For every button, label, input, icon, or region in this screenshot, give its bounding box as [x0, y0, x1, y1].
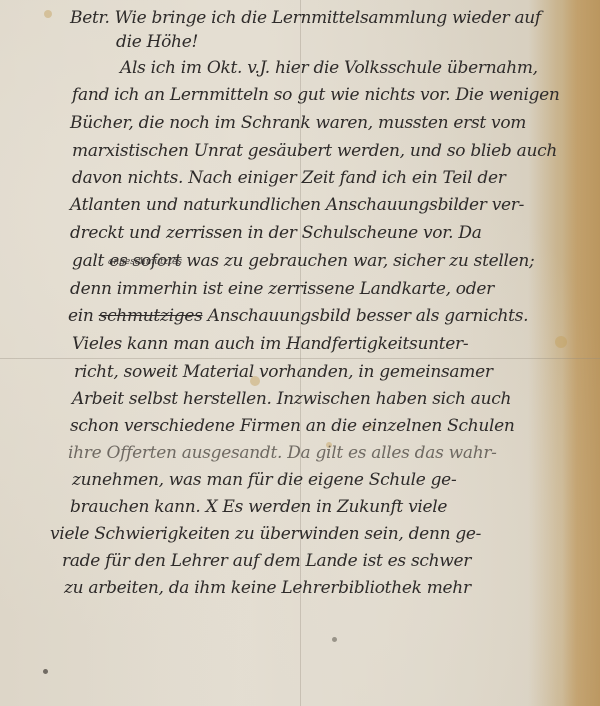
- paper-spot: [332, 637, 337, 642]
- handwriting-line-17: ihre Offerten ausgesandt. Da gilt es all…: [68, 443, 497, 463]
- handwriting-line-8: Atlanten und naturkundlichen Anschauungs…: [70, 195, 524, 215]
- handwriting-line-5: Bücher, die noch im Schrank waren, musst…: [70, 113, 526, 133]
- handwriting-line-14: richt, soweit Material vorhanden, in gem…: [74, 362, 493, 382]
- handwriting-line-16: schon verschiedene Firmen an die einzeln…: [70, 416, 515, 436]
- handwriting-line-2: die Höhe!: [116, 32, 198, 52]
- handwriting-line-19: brauchen kann. X Es werden in Zukunft vi…: [70, 497, 447, 517]
- handwriting-line-20: viele Schwierigkeiten zu überwinden sein…: [50, 524, 481, 544]
- handwriting-line-11: denn immerhin ist eine zerrissene Landka…: [70, 279, 494, 299]
- paper-spot: [43, 669, 48, 674]
- inserted-word: angeschmutztes: [108, 257, 182, 267]
- handwriting-line-4: fand ich an Lernmitteln so gut wie nicht…: [72, 85, 560, 105]
- paper-stain: [44, 10, 52, 18]
- handwriting-line-13: Vieles kann man auch im Handfertigkeitsu…: [72, 334, 468, 354]
- handwriting-line-12: ein schmutziges Anschauungsbild besser a…: [68, 306, 528, 326]
- handwriting-line-3: Als ich im Okt. v.J. hier die Volksschul…: [120, 58, 538, 78]
- document-page: Betr. Wie bringe ich die Lernmittelsamml…: [0, 0, 600, 706]
- struck-word: schmutziges: [99, 306, 203, 326]
- paper-edge-stain: [562, 0, 600, 706]
- paper-stain: [555, 336, 567, 348]
- line-12-start: ein: [68, 306, 94, 326]
- handwriting-line-18: zunehmen, was man für die eigene Schule …: [72, 470, 456, 490]
- handwriting-line-7: davon nichts. Nach einiger Zeit fand ich…: [72, 168, 506, 188]
- handwriting-line-21: rade für den Lehrer auf dem Lande ist es…: [62, 551, 471, 571]
- handwriting-line-22: zu arbeiten, da ihm keine Lehrerbiblioth…: [64, 578, 471, 598]
- line-12-end: Anschauungsbild besser als garnichts.: [208, 306, 529, 326]
- handwriting-line-15: Arbeit selbst herstellen. Inzwischen hab…: [72, 389, 511, 409]
- paper-fold-horizontal: [0, 358, 600, 359]
- handwriting-line-9: dreckt und zerrissen in der Schulscheune…: [70, 223, 482, 243]
- handwriting-line-6: marxistischen Unrat gesäubert werden, un…: [72, 141, 557, 161]
- handwriting-line-1: Betr. Wie bringe ich die Lernmittelsamml…: [70, 8, 541, 28]
